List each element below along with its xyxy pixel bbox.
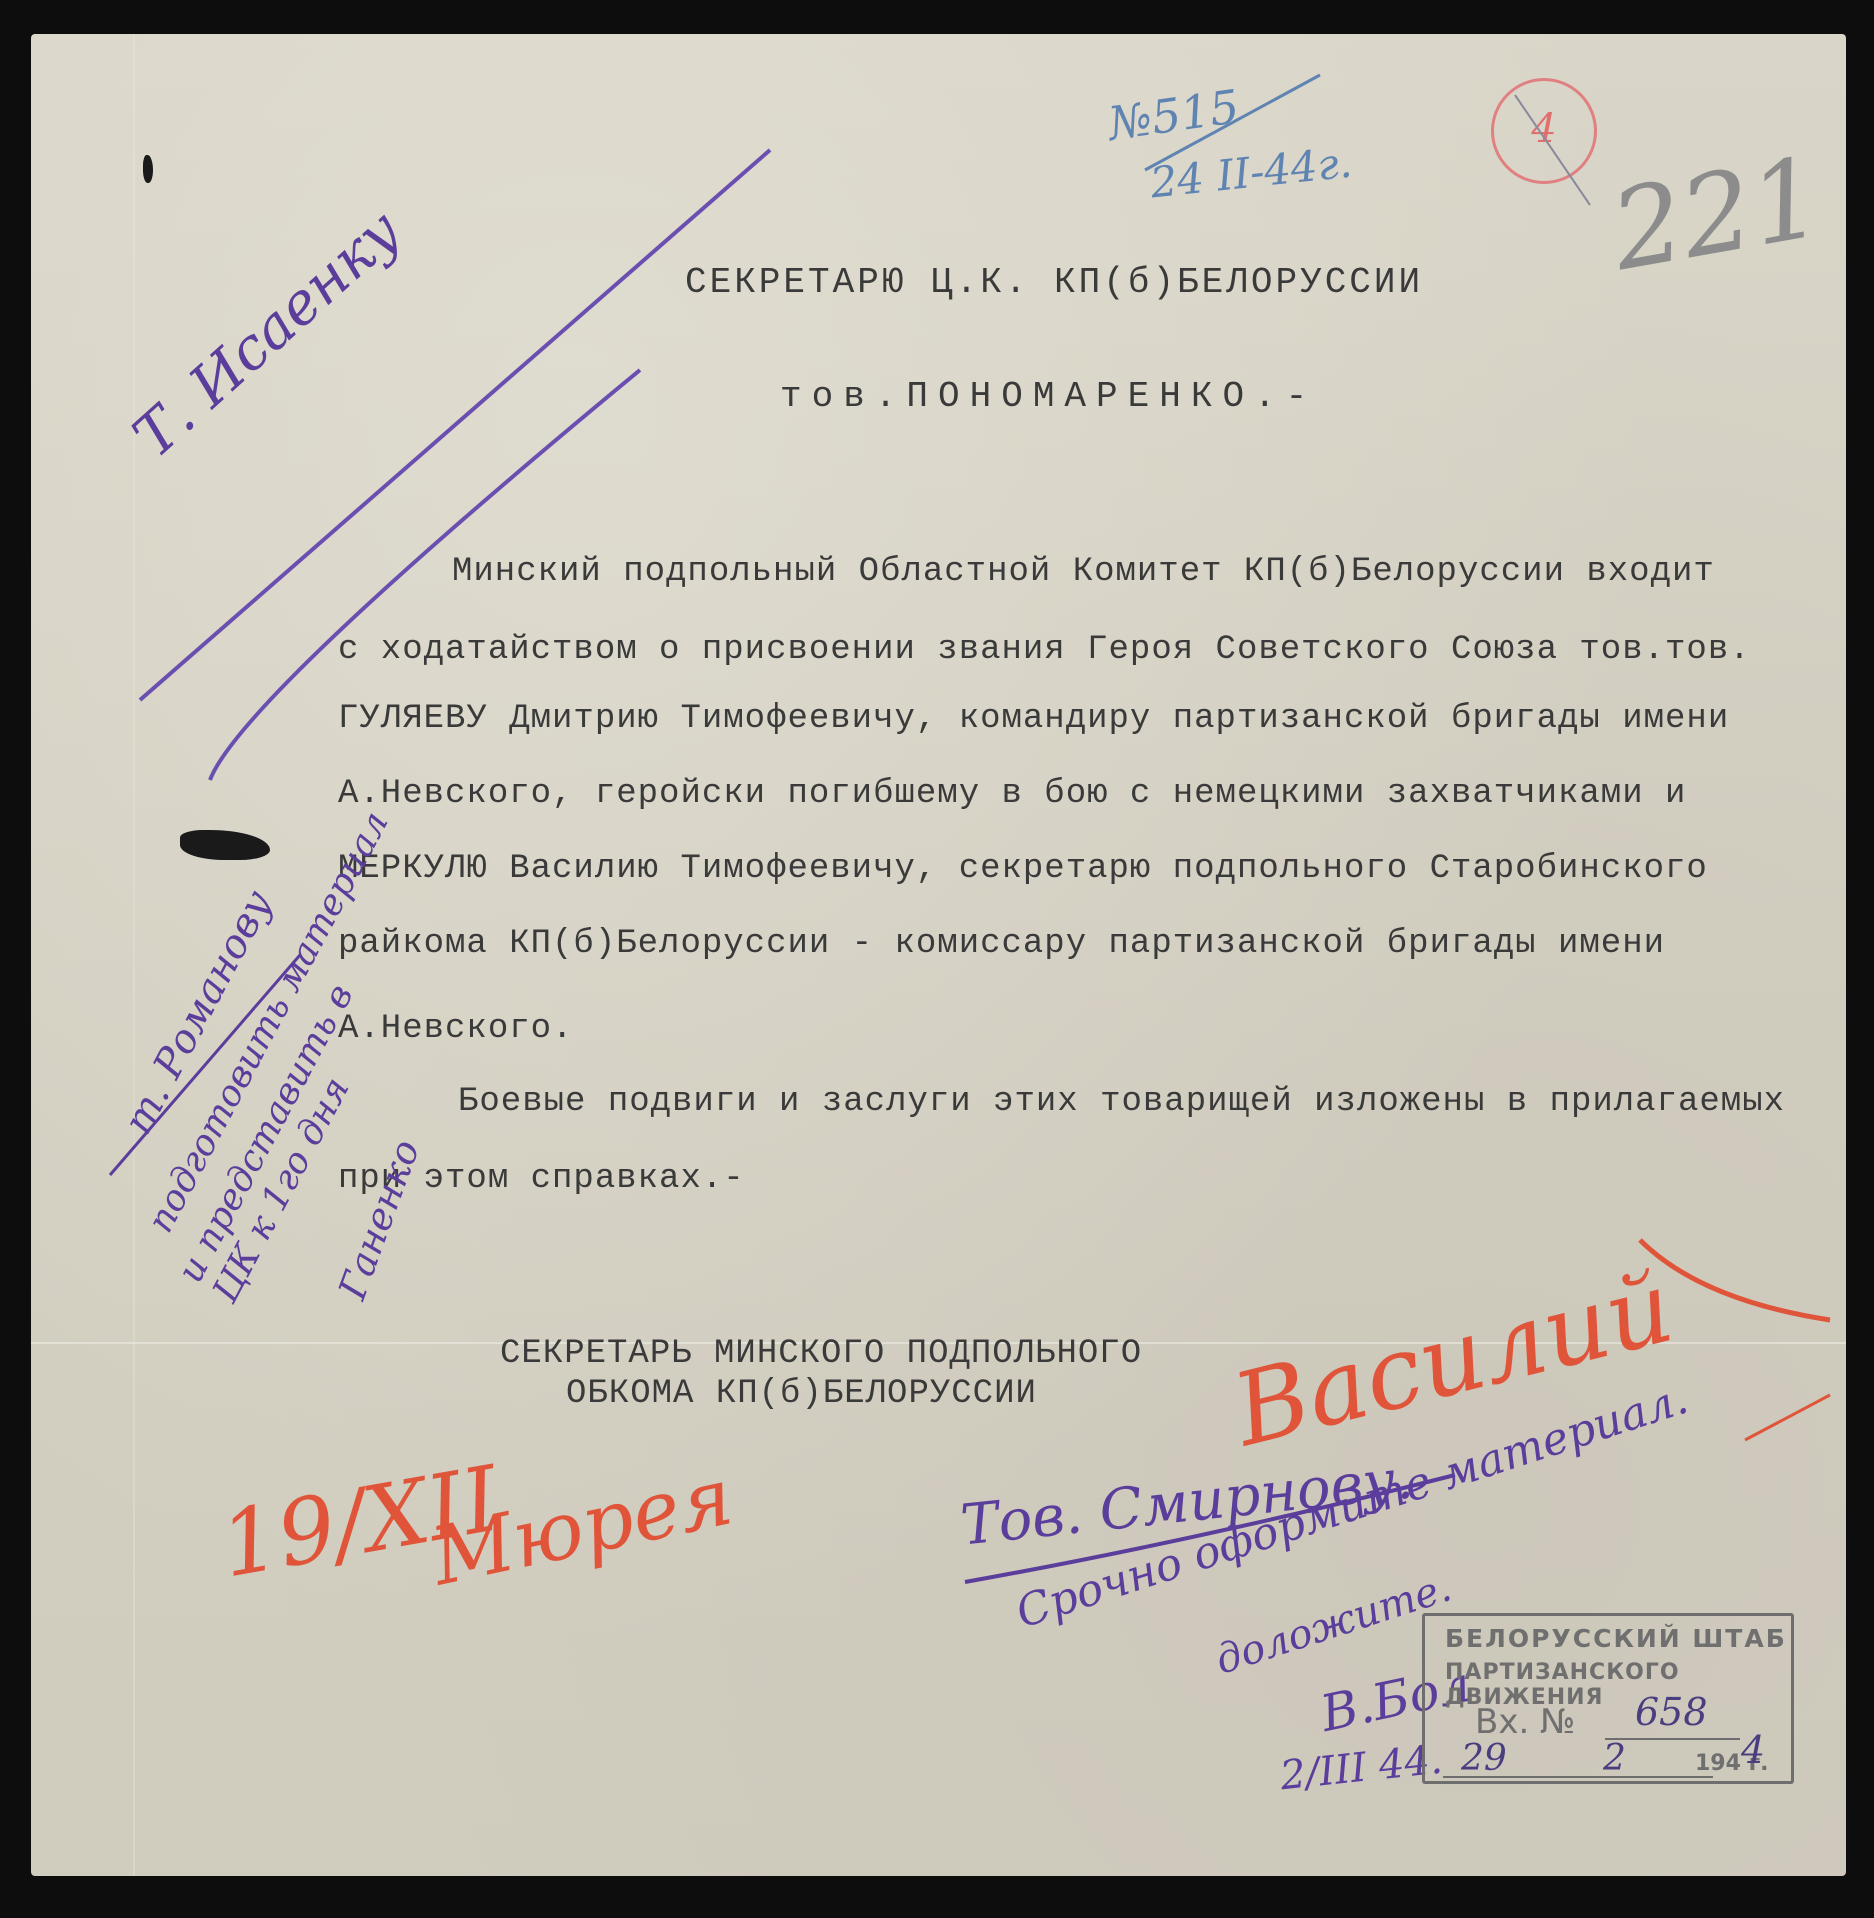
signature-title-line-1: СЕКРЕТАРЬ МИНСКОГО ПОДПОЛЬНОГО	[500, 1335, 1142, 1373]
stamp-month: 2	[1603, 1738, 1626, 1779]
circled-mark: 4	[1491, 78, 1597, 184]
paper-fold-vertical	[133, 34, 135, 1876]
stamp-incoming-number: 658	[1635, 1690, 1708, 1734]
stamp-incoming-label: Вх. №	[1475, 1702, 1575, 1742]
incoming-stamp: БЕЛОРУССКИЙ ШТАБ ПАРТИЗАНСКОГО ДВИЖЕНИЯ …	[1422, 1613, 1794, 1784]
signature-title-line-2: ОБКОМА КП(б)БЕЛОРУССИИ	[566, 1375, 1037, 1413]
body-line: Минский подпольный Областной Комитет КП(…	[452, 553, 1715, 591]
body-line: А.Невского, геройски погибшему в бою с н…	[338, 775, 1686, 813]
body-line: Боевые подвиги и заслуги этих товарищей …	[458, 1083, 1785, 1121]
stamp-day: 29	[1461, 1738, 1507, 1779]
addressee-line-2: тов.ПОНОМАРЕНКО.-	[780, 376, 1317, 417]
circled-mark-number: 4	[1531, 106, 1556, 152]
body-line: ГУЛЯЕВУ Дмитрию Тимофеевичу, командиру п…	[338, 700, 1729, 738]
stamp-rule	[1443, 1776, 1713, 1778]
body-line: А.Невского.	[338, 1010, 573, 1048]
binder-hole	[143, 155, 153, 183]
addressee-line-1: СЕКРЕТАРЮ Ц.К. КП(б)БЕЛОРУССИИ	[685, 262, 1423, 303]
body-line: МЕРКУЛЮ Василию Тимофеевичу, секретарю п…	[338, 850, 1708, 888]
stamp-org-line-1: БЕЛОРУССКИЙ ШТАБ	[1445, 1624, 1787, 1653]
body-line: райкома КП(б)Белоруссии - комиссару парт…	[338, 925, 1665, 963]
body-line: с ходатайством о присвоении звания Героя…	[338, 631, 1751, 669]
stamp-year-digit: 4	[1741, 1728, 1765, 1772]
